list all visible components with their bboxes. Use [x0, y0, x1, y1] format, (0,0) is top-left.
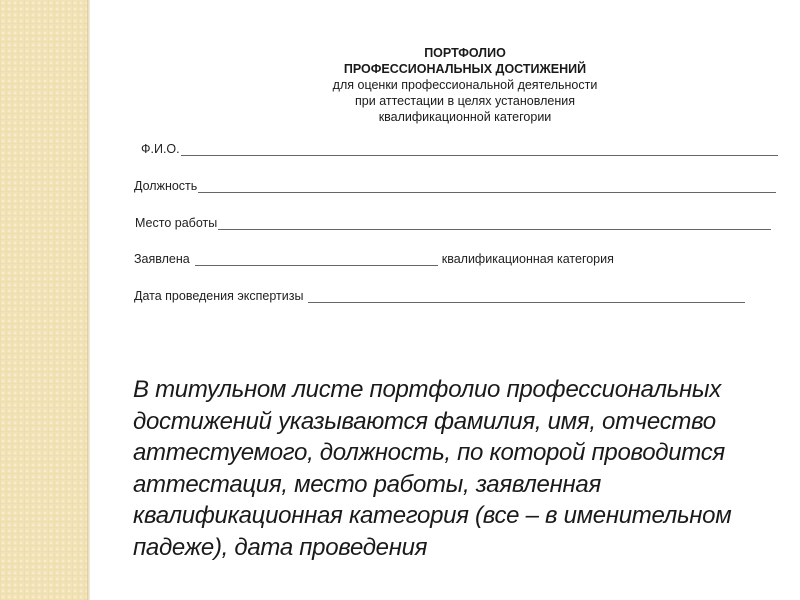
fio-input-line[interactable]: [181, 141, 778, 156]
position-label: Должность: [134, 179, 197, 193]
position-field: Должность: [134, 177, 776, 193]
decorative-side-stripe: [0, 0, 87, 600]
position-input-line[interactable]: [198, 178, 776, 193]
category-label: Заявлена: [134, 252, 190, 266]
subtitle-line-2: при аттестации в целях установления: [270, 93, 660, 109]
portfolio-title-block: ПОРТФОЛИО ПРОФЕССИОНАЛЬНЫХ ДОСТИЖЕНИЙ дл…: [270, 45, 660, 125]
category-input-line[interactable]: [195, 251, 438, 266]
description-text: В титульном листе портфолио профессионал…: [133, 374, 753, 563]
workplace-label: Место работы: [135, 216, 217, 230]
subtitle-line-1: для оценки профессиональной деятельности: [270, 77, 660, 93]
category-field: Заявлена квалификационная категория: [134, 250, 614, 266]
fio-field: Ф.И.О.: [141, 140, 778, 156]
title-line-2: ПРОФЕССИОНАЛЬНЫХ ДОСТИЖЕНИЙ: [270, 61, 660, 77]
subtitle-line-3: квалификационной категории: [270, 109, 660, 125]
exam-date-field: Дата проведения экспертизы: [134, 287, 745, 303]
workplace-field: Место работы: [135, 214, 771, 230]
fio-label: Ф.И.О.: [141, 142, 180, 156]
exam-date-label: Дата проведения экспертизы: [134, 289, 303, 303]
category-suffix: квалификационная категория: [442, 252, 614, 266]
exam-date-input-line[interactable]: [308, 288, 745, 303]
workplace-input-line[interactable]: [218, 215, 771, 230]
title-line-1: ПОРТФОЛИО: [270, 45, 660, 61]
stripe-edge: [87, 0, 90, 600]
